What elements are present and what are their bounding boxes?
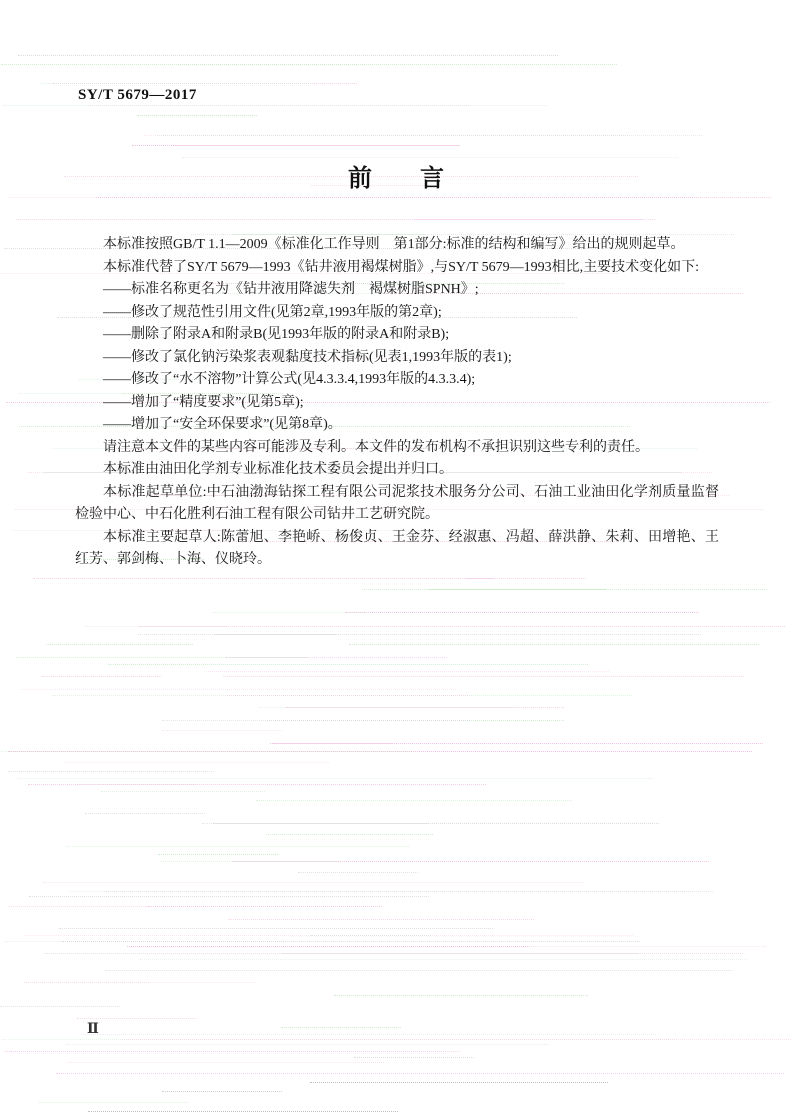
page-title: 前 言	[0, 158, 792, 193]
paragraph: 本标准起草单位:中石油渤海钻探工程有限公司泥浆技术服务分公司、石油工业油田化学剂…	[75, 482, 719, 527]
change-item: ——修改了氯化钠污染浆表观黏度技术指标(见表1,1993年版的表1);	[75, 347, 719, 370]
document-content: SY/T 5679—2017 前 言 本标准按照GB/T 1.1—2009《标准…	[0, 0, 792, 1120]
change-item: ——增加了“精度要求”(见第5章);	[75, 392, 719, 415]
paragraph: 本标准按照GB/T 1.1—2009《标准化工作导则 第1部分:标准的结构和编写…	[75, 234, 719, 257]
paragraph: 本标准代替了SY/T 5679—1993《钻井液用褐煤树脂》,与SY/T 567…	[75, 257, 719, 280]
scanned-document-page: SY/T 5679—2017 前 言 本标准按照GB/T 1.1—2009《标准…	[0, 0, 792, 1120]
paragraph: 请注意本文件的某些内容可能涉及专利。本文件的发布机构不承担识别这些专利的责任。	[75, 437, 719, 460]
change-item: ——修改了规范性引用文件(见第2章,1993年版的第2章);	[75, 302, 719, 325]
change-item: ——修改了“水不溶物”计算公式(见4.3.3.4,1993年版的4.3.3.4)…	[75, 369, 719, 392]
paragraph: 本标准主要起草人:陈蕾旭、李艳峤、杨俊贞、王金芬、经淑惠、冯超、薛洪静、朱莉、田…	[75, 527, 719, 572]
paragraph: 本标准由油田化学剂专业标准化技术委员会提出并归口。	[75, 459, 719, 482]
change-item: ——删除了附录A和附录B(见1993年版的附录A和附录B);	[75, 324, 719, 347]
standard-number-header: SY/T 5679—2017	[78, 87, 197, 104]
change-item: ——标准名称更名为《钻井液用降滤失剂 褐煤树脂SPNH》;	[75, 279, 719, 302]
page-number: Ⅱ	[87, 1021, 99, 1038]
change-item: ——增加了“安全环保要求”(见第8章)。	[75, 414, 719, 437]
foreword-body: 本标准按照GB/T 1.1—2009《标准化工作导则 第1部分:标准的结构和编写…	[75, 234, 719, 572]
